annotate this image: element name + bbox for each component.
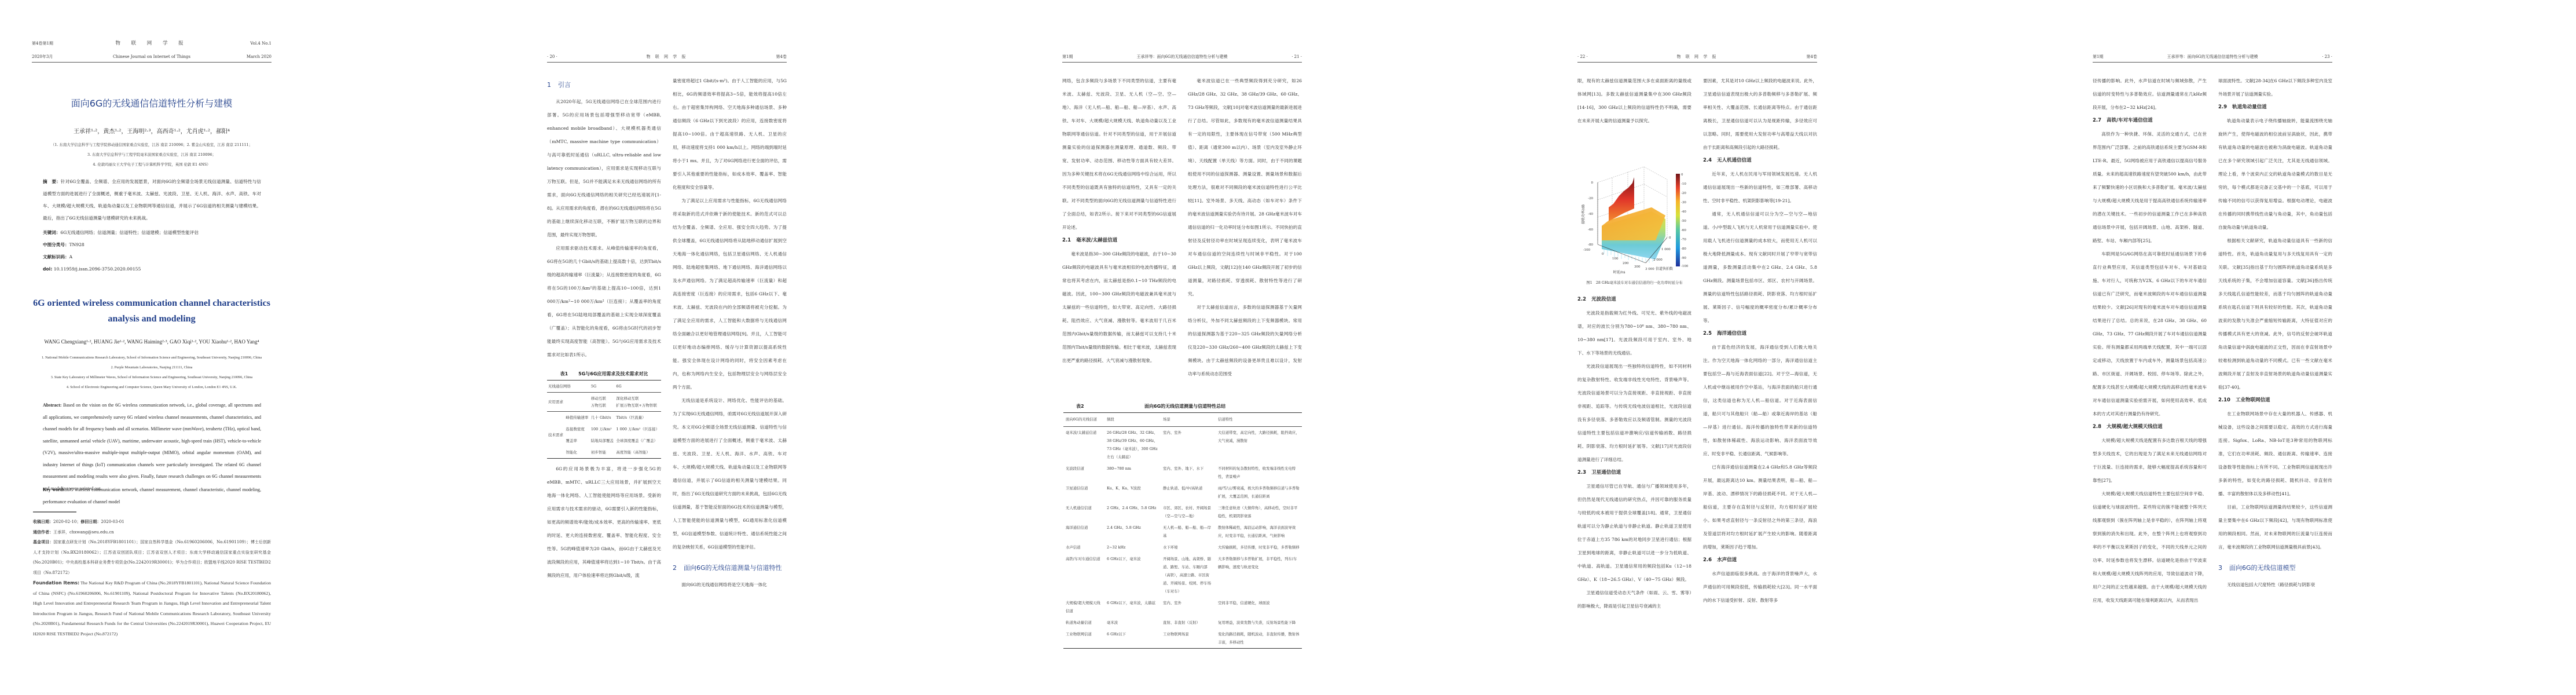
fund-text-en: The National Key R&D Program of China (N…	[33, 580, 271, 637]
received-label: 收稿日期：	[33, 520, 53, 524]
keywords-en: Key words: 6G wireless communication net…	[43, 484, 261, 508]
paragraph: 大规模/超大规模天线信道特性主要包括空间非平稳、信道硬化与球面波特性。某些特定的…	[2093, 487, 2207, 607]
paragraph: 无线信道是系统设计、网络优化、性能评估的基础。为了实现6G无线通信网络，亟需对6…	[673, 394, 787, 554]
running-header: 第1期 王承祥等：面向6G的无线通信信道特性分析与建模 · 23 ·	[2093, 43, 2332, 63]
svg-text:1 000: 1 000	[1661, 248, 1671, 251]
cell: 光波段信道	[1063, 463, 1104, 482]
page-3: 第1期 王承祥等：面向6G的无线通信信道特性分析与建模 · 21 · 网络，包含…	[1030, 0, 1546, 695]
received-value: 2020-02-10	[53, 520, 76, 524]
subsection-title: 轨道角动量信道	[2232, 104, 2267, 110]
cell-line: 深化移动互联	[616, 395, 660, 402]
subsection-title: 大规模/超大规模天线信道	[2107, 424, 2163, 430]
section-title: 面向6G的无线信道模型	[2229, 564, 2296, 572]
svg-text:2 000: 2 000	[1653, 258, 1663, 262]
header-cell: 频段	[1104, 413, 1161, 427]
paragraph: 量密度将超过1 Gbit/(s·m²)。由于人工智能的应用，与5G相比，6G的频…	[673, 74, 787, 194]
table-row: 轨道角动量信道毫米波直射、非直射（反射）复用增益，波束发散与失准，反射场景性能下…	[1063, 617, 1302, 628]
cell: 毫米波	[1104, 617, 1161, 628]
subsection-title: 水声信道	[1717, 557, 1737, 563]
subsection-heading-2-9: 2.9轨道角动量信道	[2218, 101, 2332, 114]
paragraph: 大规模/超大规模天线是配置有多达数百根天线的增强型多天线技术，它的出现是为了满足…	[2093, 434, 2207, 487]
date-en: March 2020	[247, 54, 271, 60]
figure-1: 0 -20 -40 -60 -80 -100 0 100 200 300 0	[1577, 139, 1691, 313]
svg-text:3 000: 3 000	[1645, 268, 1654, 271]
document-spread: 第4卷第1期 物 联 网 学 报 Vol.4 No.1 2020年3月 Chin…	[0, 0, 2576, 695]
table-header-row: 无线通信网络 5G 6G	[547, 381, 661, 393]
authors-en: WANG Chengxiang¹·², HUANG Jie¹·², WANG H…	[32, 339, 271, 345]
fund-label-en: Foundation Items:	[33, 580, 79, 586]
table-1-caption: 表15G与6G应用需求及技术需求对比	[547, 368, 661, 380]
volume: 第4卷	[776, 54, 787, 60]
section-heading-2: 2面向6G的无线信道测量与信道特性	[673, 559, 787, 577]
affiliation-en-4: 4. School of Electronic Engineering and …	[32, 382, 271, 392]
cell: 三维任意轨迹（大俯仰角），高移动性，空时非平稳性，机架阴影衰落	[1216, 502, 1302, 522]
revised-value: 2020-03-01	[101, 520, 124, 524]
cell: 峰值传输速率	[564, 412, 590, 424]
header-cell: 场景	[1161, 413, 1216, 427]
cell: 无人机通信信道	[1063, 502, 1104, 522]
cell: 工业物联网信道	[1063, 628, 1104, 649]
table-row: 应用需求 移动互联万物互联 深化移动互联扩展万物互联+万物智联	[547, 393, 661, 412]
page-5: 第1期 王承祥等：面向6G的无线通信信道特性分析与建模 · 23 · 径传播的影…	[2061, 0, 2576, 695]
fund-label-zh: 基金项目：	[33, 540, 53, 544]
svg-text:-40: -40	[1681, 210, 1686, 214]
cell: 卫星通信信道	[1063, 482, 1104, 502]
corresponding-author: 通信作者：王承祥，chxwang@seu.edu.cn	[33, 528, 271, 538]
table-row: 光波段信道380~780 nm室内、室外、地下、水下不同材料的复杂散射特性，收发…	[1063, 463, 1302, 482]
header-cell: 6G	[615, 381, 661, 393]
subsection-heading-2-3: 2.3卫星通信信道	[1577, 466, 1691, 480]
cell: 工业物联网场景	[1161, 628, 1216, 649]
corresponding-label: 通信作者：	[33, 530, 53, 535]
svg-text:-50: -50	[1681, 220, 1686, 223]
cell: 大信道带宽，高定向性，大路径损耗，阻挡效应，大气衰减，漫散射	[1216, 427, 1302, 463]
clc-label: 中图分类号：	[43, 242, 69, 247]
table-row: 高铁/车对车通信信道6 GHz以下，毫米波开阔场景、山地、高架桥、隧道、路堑、车…	[1063, 553, 1302, 597]
authors-zh: 王承祥¹·²，黄杰¹·²，王海明²·³，高西奇¹·²，尤肖虎¹·²，郝阳⁴	[32, 126, 271, 135]
journal-name: 物 联 网 学 报	[547, 54, 787, 60]
paragraph: 径传播的影响。此外，水声信道在时域与频域弥散，产生信道的时变特性与多普勒效应。信…	[2093, 74, 2207, 114]
svg-text:-40: -40	[1588, 213, 1593, 216]
abstract-text-zh: 针对6G全覆盖、全频谱、全应用的发展愿景，对面向6G的全频谱全场景无线信道测量、…	[43, 179, 261, 221]
table-row: 卫星通信信道Ku、K、Ka、V波段静止轨道、低/中/高轨道雨/雪/云/雾衰减，极…	[1063, 482, 1302, 502]
table-2-caption: 表2面向6G的无线信道测量与信道特性总结	[1063, 401, 1302, 412]
abstract-text-en: Based on the vision on the 6G wireless c…	[43, 403, 261, 491]
svg-text:-20: -20	[1588, 197, 1593, 200]
paragraph: 由于蓝色经济的发展，海洋通信受到人们极大地关注。作为空天地海一体化网络的一部分，…	[1703, 341, 1817, 460]
paragraph: 从2020年起，5G无线通信网络已在全球范围内进行部署。5G的应用场景包括增强型…	[547, 95, 661, 242]
paragraph: 已有海洋通信信道测量在2.4 GHz和5.8 GHz等频段开展，最远距离达10 …	[1703, 460, 1817, 554]
cell: 深化移动互联扩展万物互联+万物智联	[615, 393, 661, 412]
header-cell: 信道特性	[1216, 413, 1302, 427]
subsection-heading-2-5: 2.5海洋通信信道	[1703, 327, 1817, 341]
section-number: 3	[2218, 564, 2222, 572]
cell: 无人机—船、船—船、船—岸基	[1161, 522, 1216, 542]
cell: 直射、非直射（反射）	[1161, 617, 1216, 628]
svg-text:0: 0	[1591, 181, 1594, 185]
subsection-heading-2-7: 2.7高铁/车对车通信信道	[2093, 114, 2207, 127]
svg-text:0: 0	[1669, 236, 1671, 240]
cell: 轨道角动量信道	[1063, 617, 1104, 628]
subsection-heading-2-10: 2.10工业物联网信道	[2218, 394, 2332, 407]
paragraph: 目前，工业物联网信道测量的结果较少，这些信道测量主要集中在6 GHz以下频段[4…	[2218, 500, 2332, 554]
cell: 不同材料的复杂散射特性，收发端非线性光电特性，背景噪声	[1216, 463, 1302, 482]
running-header: · 22 · 物 联 网 学 报 第4卷	[1577, 43, 1817, 63]
paragraph: 根据相关文献研究，轨道角动量信道具有一些新的信道特性。首先，轨道角动量复用与多天…	[2218, 234, 2332, 394]
paragraph: 近年来，无人机在民用与军用领域发展迅速。无人机通信信道展现出一些新的信道特性，如…	[1703, 167, 1817, 207]
cell: 覆盖率	[564, 435, 590, 447]
footnote-divider	[33, 511, 76, 513]
table-number: 表1	[560, 371, 568, 376]
keywords-zh: 关键词：6G无线通信网络；信道测量；信道特性；信道建模；信道模型性能评估	[43, 226, 261, 239]
right-column: 毫米波信道已在一些典型频段得到充分研究，如26 GHz/28 GHz、32 GH…	[1188, 74, 1302, 381]
page-number: · 21 ·	[1291, 54, 1302, 60]
paragraph: 毫米波信道已在一些典型频段得到充分研究，如26 GHz/28 GHz、32 GH…	[1188, 74, 1302, 301]
affiliation-zh-2: 3. 东南大学信息科学与工程学院毫米波国家重点实验室，江苏 南京 210096；	[32, 150, 271, 160]
paragraph: 光波段是指载频为红外线、可见光、紫外线的电磁波谱，对应的波长分别为780~10⁶…	[1577, 306, 1691, 360]
cell: 智能化	[564, 447, 590, 459]
colorbar-ticks: 0-10-20 -30-40-50 -60-70-80 -90-100	[1681, 173, 1689, 268]
journal-name-en: Chinese Journal on Internet of Things	[32, 54, 271, 60]
running-title: 王承祥等：面向6G的无线通信信道特性分析与建模	[2093, 54, 2332, 60]
svg-text:-70: -70	[1681, 238, 1686, 242]
svg-text:100: 100	[1612, 257, 1619, 261]
colorbar	[1676, 174, 1680, 266]
cell: 移动互联万物互联	[590, 393, 615, 412]
keywords-label-zh: 关键词：	[43, 230, 60, 235]
cell: 2.4 GHz、5.8 GHz	[1104, 522, 1161, 542]
abstract-zh: 摘 要：针对6G全覆盖、全频谱、全应用的发展愿景，对面向6G的全频谱全场景无线信…	[43, 175, 261, 224]
cell: 1 000 万/km²（巨连接）	[615, 423, 661, 435]
subsection-number: 2.5	[1703, 331, 1712, 336]
left-column: 网络，包含多频段与多场景下不同类型的信道，主要有毫米波、太赫兹、光波段、卫星、无…	[1062, 74, 1176, 381]
received-dates: 收稿日期：2020-02-10；修回日期：2020-03-01	[33, 517, 271, 528]
right-column: 球面波特性。文献[28-34]在6 GHz以下频段多种室内及室外场景开展了信道测…	[2218, 74, 2332, 607]
cell: Ku、K、Ka、V波段	[1104, 482, 1161, 502]
fund-en: Foundation Items: The National Key R&D P…	[33, 578, 271, 639]
paragraph: 卫星通信尽管已在导航、通信与广播领域使用多年，但仍然是现代无线通信的研究热点，并…	[1577, 480, 1691, 586]
revised-label: 修回日期：	[80, 520, 101, 524]
cell: 复用增益，波束发散与失准，反射场景性能下降	[1216, 617, 1302, 628]
running-header: 第1期 王承祥等：面向6G的无线通信信道特性分析与建模 · 21 ·	[1062, 43, 1302, 63]
cell: 6 GHz以下，毫米波	[1104, 553, 1161, 597]
paragraph: 面向6G的无线通信网络将是空天地海一体化	[673, 578, 787, 591]
paragraph: 卫星通信信道受动态天气条件（如雨、云、雪、雾等）的影响极大，降雨是引起卫星信号衰…	[1577, 586, 1691, 613]
page-2: · 20 · 物 联 网 学 报 第4卷 1引言 从2020年起，5G无线通信网…	[515, 0, 1030, 695]
cell: 陆地局部覆盖	[590, 435, 615, 447]
left-column: 限，现有的太赫兹信道测量范围大多在桌面距离的量级或体域网[13]。多数太赫兹信道…	[1577, 74, 1691, 613]
table-row: 覆盖率 陆地局部覆盖 全球深度覆盖（广覆盖）	[547, 435, 661, 447]
svg-text:-60: -60	[1681, 229, 1686, 232]
keywords-text-zh: 6G无线通信网络；信道测量；信道特性；信道建模；信道模型性能评估	[60, 230, 199, 235]
cell: 100 万/km²	[590, 423, 615, 435]
cell: 水下环境	[1161, 542, 1216, 553]
fund-zh: 基金项目：国家重点研发计划（No.2018YFB1801101）；国家自然科学基…	[33, 537, 271, 578]
subsection-number: 2.6	[1703, 557, 1712, 563]
cell: 2~32 kHz	[1104, 542, 1161, 553]
svg-text:-80: -80	[1588, 243, 1593, 247]
table-row: 连接数密度 100 万/km² 1 000 万/km²（巨连接）	[547, 423, 661, 435]
svg-text:-30: -30	[1681, 201, 1686, 204]
svg-text:0: 0	[1602, 253, 1604, 256]
section-heading-1: 1引言	[547, 76, 661, 94]
affiliation-zh-3: 4. 伦敦玛丽女王大学电子工程与计算机科学学院，英国 伦敦 E1 4NS）	[32, 160, 271, 170]
doc-code-value: A	[69, 254, 72, 259]
cell: 几十 Gbit/s	[590, 412, 615, 424]
table-row: 海洋通信信道2.4 GHz、5.8 GHz无人机—船、船—船、船—岸基散射体稀疏…	[1063, 522, 1302, 542]
cell: 大多普勒频移与多普勒扩展，非平稳性，列车/车辆影响，速度与轨迹变化	[1216, 553, 1302, 597]
cell: 大规模/超大规模天线信道	[1063, 597, 1104, 617]
paragraph: 球面波特性。文献[28-34]在6 GHz以下频段多种室内及室外场景开展了信道测…	[2218, 74, 2332, 101]
svg-text:300: 300	[1634, 265, 1641, 269]
abstract-label-en: Abstract:	[43, 403, 61, 408]
footnotes: 收稿日期：2020-02-10；修回日期：2020-03-01 通信作者：王承祥…	[33, 517, 271, 639]
section-heading-3: 3面向6G的无线信道模型	[2218, 559, 2332, 577]
subsection-number: 2.4	[1703, 158, 1712, 163]
subsection-number: 2.10	[2218, 397, 2230, 403]
cell: 2 GHz、2.4 GHz、5.8 GHz	[1104, 502, 1161, 522]
right-column: 要因素，尤其是对10 GHz以上频段的电磁波来说。此外，卫星通信信道表现出极大的…	[1703, 74, 1817, 613]
left-column: 1引言 从2020年起，5G无线通信网络已在全球范围内进行部署。5G的应用场景包…	[547, 74, 661, 591]
subsection-title: 海洋通信信道	[1717, 331, 1746, 336]
table-row: 工业物联网信道6 GHz以下工业物联网场景变化的路径损耗，随机波动，非直射传播，…	[1063, 628, 1302, 649]
subsection-heading-2-1: 2.1毫米波/太赫兹信道	[1062, 234, 1176, 247]
cell: 全球深度覆盖（广覆盖）	[615, 435, 661, 447]
paragraph: 限，现有的太赫兹信道测量范围大多在桌面距离的量级或体域网[13]。多数太赫兹信道…	[1577, 74, 1691, 127]
affiliation-en-1: 1. National Mobile Communications Resear…	[32, 353, 271, 363]
table-row: 水声信道2~32 kHz水下环境大传输损耗，多径传播，时变非平稳，多普勒频移	[1063, 542, 1302, 553]
paragraph: 无线信道包括大尺度特性（路径损耗与阴影衰	[2218, 578, 2332, 591]
paragraph: 毫米波是指30~300 GHz频段的电磁波，由于10~30 GHz频段的电磁波具…	[1062, 247, 1176, 367]
svg-text:0: 0	[1681, 173, 1683, 177]
table-row: 智能化 初步智能 高度智能（高智能）	[547, 447, 661, 459]
svg-text:-100: -100	[1681, 265, 1689, 268]
cell: 26 GHz/28 GHz、32 GHz、38 GHz/39 GHz、60 GH…	[1104, 427, 1161, 463]
surface-plot: 0 -20 -40 -60 -80 -100 0 100 200 300 0	[1577, 139, 1691, 313]
cell: 6 GHz以下，毫米波，太赫兹	[1104, 597, 1161, 617]
svg-text:-60: -60	[1588, 228, 1593, 232]
subsection-title: 无人机通信信道	[1717, 158, 1752, 163]
table-1: 无线通信网络 5G 6G 应用需求 移动互联万物互联 深化移动互联扩展万物互联+…	[547, 380, 661, 459]
cell: 连接数密度	[564, 423, 590, 435]
cell: 水声信道	[1063, 542, 1104, 553]
subsection-title: 毫米波/太赫兹信道	[1076, 237, 1117, 243]
svg-text:-100: -100	[1583, 248, 1591, 252]
abstract-label-zh: 摘 要：	[43, 179, 61, 184]
cell: 高度智能（高智能）	[615, 447, 661, 459]
paragraph: 通常，无人机通信信道可以分为空—空与空—地信道。小/中型载人飞机与无人机常用于信…	[1703, 207, 1817, 327]
keywords-label-en: Key words:	[43, 487, 66, 492]
subsection-number: 2.9	[2218, 104, 2227, 110]
cell: 室内、室外	[1161, 597, 1216, 617]
cell: 毫米波/太赫兹信道	[1063, 427, 1104, 463]
page-4: · 22 · 物 联 网 学 报 第4卷 限，现有的太赫兹信道测量范围大多在桌面…	[1546, 0, 2061, 695]
subsection-heading-2-8: 2.8大规模/超大规模天线信道	[2093, 420, 2207, 434]
header-cell: 无线通信网络	[547, 381, 590, 393]
volume: 第4卷	[1807, 54, 1817, 60]
header-cell: 面向6G的无线信道	[1063, 413, 1104, 427]
section-number: 1	[547, 81, 551, 89]
cell: 变化的路径损耗，随机波动，非直射传播，散射体丰富，多移动性	[1216, 628, 1302, 649]
doi: doi: 10.11959/j.issn.2096-3750.2020.0015…	[43, 263, 261, 275]
paragraph: 要因素，尤其是对10 GHz以上频段的电磁波来说。此外，卫星通信信道表现出极大的…	[1703, 74, 1817, 154]
table-row: 技术需求 峰值传输速率 几十 Gbit/s Tbit/s（巨流量）	[547, 412, 661, 424]
cell: 室内、室外、地下、水下	[1161, 463, 1216, 482]
paragraph: 对于太赫兹信道而言，多数的信道探测器基于矢量网络分析仪，外加不同太赫兹频段的上下…	[1188, 301, 1302, 381]
table-number: 表2	[1063, 401, 1127, 412]
table-row: 大规模/超大规模天线信道6 GHz以下，毫米波，太赫兹室内、室外空间非平稳，信道…	[1063, 597, 1302, 617]
cell: 380~780 nm	[1104, 463, 1161, 482]
cell: 静止轨道、低/中/高轨道	[1161, 482, 1216, 502]
row-label: 技术需求	[547, 412, 564, 459]
subsection-title: 工业物联网信道	[2236, 397, 2270, 403]
cell: 高铁/车对车通信信道	[1063, 553, 1104, 597]
paragraph: 为了满足以上应用需求与性能指标，6G无线通信网络将采取新的范式并依赖于新的使能技…	[673, 194, 787, 394]
y-axis-label: 信道快拍数	[1656, 266, 1673, 271]
subsection-number: 2.8	[2093, 424, 2101, 430]
cell: 市区、郊区、农村、开阔场景（空—空与空—地）	[1161, 502, 1216, 522]
paragraph: 水声信道面临很多挑战。由于海洋的背景噪声大，水声通信的可用频段很低，传输损耗较大…	[1703, 567, 1817, 607]
section-number: 2	[673, 564, 677, 572]
running-header: 第4卷第1期 物 联 网 学 报 Vol.4 No.1 2020年3月 Chin…	[32, 38, 271, 63]
running-header: · 20 · 物 联 网 学 报 第4卷	[547, 43, 787, 63]
cell: 6 GHz以下	[1104, 628, 1161, 649]
svg-text:200: 200	[1623, 262, 1629, 265]
cell-line: 移动互联	[591, 395, 614, 402]
subsection-title: 卫星通信信道	[1591, 470, 1621, 475]
paragraph: 网络，包含多频段与多场景下不同类型的信道，主要有毫米波、太赫兹、光波段、卫星、无…	[1062, 74, 1176, 234]
journal-name-zh: 物 联 网 学 报	[32, 41, 271, 46]
abstract-en: Abstract: Based on the vision on the 6G …	[43, 400, 261, 495]
paragraph: 光波段信道展现出一些独特的信道特性，如不同材料的复杂散射特性、收发端非线性光电特…	[1577, 360, 1691, 466]
cell: 开阔场景、山地、高架桥、隧道、路堑、车站、车厢内部（高铁），高速公路、市区街道、…	[1161, 553, 1216, 597]
cell: 海洋通信信道	[1063, 522, 1104, 542]
paragraph: 车联网是5G/6G网络在高可靠低时延通信场景下的垂直行业典型应用，其信道类型包括…	[2093, 247, 2207, 420]
subsection-heading-2-4: 2.4无人机通信信道	[1703, 154, 1817, 167]
subsection-number: 2.7	[2093, 118, 2101, 123]
journal-name: 物 联 网 学 报	[1577, 54, 1817, 60]
cell-line: 扩展万物互联+万物智联	[616, 402, 660, 409]
table-title: 面向6G的无线信道测量与信道特性总结	[1127, 401, 1302, 412]
header-cell: 5G	[590, 381, 615, 393]
volume-en: Vol.4 No.1	[250, 41, 271, 46]
left-column: 径传播的影响。此外，水声信道在时域与频域弥散，产生信道的时变特性与多普勒效应。信…	[2093, 74, 2207, 607]
affiliation-en-3: 3. State Key Laboratory of Millimeter Wa…	[32, 372, 271, 382]
right-column: 量密度将超过1 Gbit/(s·m²)。由于人工智能的应用，与5G相比，6G的频…	[673, 74, 787, 591]
running-title: 王承祥等：面向6G的无线通信信道特性分析与建模	[1062, 54, 1302, 60]
section-title: 引言	[558, 81, 571, 89]
table-2-container: 表2面向6G的无线信道测量与信道特性总结 面向6G的无线信道 频段 场景 信道特…	[1063, 401, 1302, 649]
table-row: 毫米波/太赫兹信道26 GHz/28 GHz、32 GHz、38 GHz/39 …	[1063, 427, 1302, 463]
svg-text:-20: -20	[1681, 192, 1686, 195]
subsection-heading-2-6: 2.6水声信道	[1703, 554, 1817, 567]
page-1: 第4卷第1期 物 联 网 学 报 Vol.4 No.1 2020年3月 Chin…	[0, 0, 515, 695]
svg-text:-80: -80	[1681, 247, 1686, 251]
svg-text:-90: -90	[1681, 257, 1686, 260]
table-2: 面向6G的无线信道 频段 场景 信道特性 毫米波/太赫兹信道26 GHz/28 …	[1063, 412, 1302, 649]
cell: 雨/雪/云/雾衰减，极大的多普勒频移信道与多普勒扩展，大覆盖范围，长通信距离	[1216, 482, 1302, 502]
cell: 初步智能	[590, 447, 615, 459]
cell: 大传输损耗，多径传播，时变非平稳，多普勒频移	[1216, 542, 1302, 553]
z-axis-label: 接收功率/dB	[1581, 204, 1586, 224]
article-title-en: 6G oriented wireless communication chann…	[32, 295, 271, 327]
cell-line: 万物互联	[591, 402, 614, 409]
paragraph: 6G的应用场景极为丰富，将进一步强化5G的eMBB、mMTC、uRLLC三大应用…	[547, 462, 661, 582]
doi-value[interactable]: 10.11959/j.issn.2096-3750.2020.00155	[54, 266, 141, 272]
table-header-row: 面向6G的无线信道 频段 场景 信道特性	[1063, 413, 1302, 427]
keywords-text-en: 6G wireless communication network, chann…	[43, 487, 261, 504]
affiliation-zh-1: （1. 东南大学信息科学与工程学院移动通信国家重点实验室，江苏 南京 21009…	[32, 140, 271, 150]
affiliation-en-2: 2. Purple Mountain Laboratories, Nanjing…	[32, 363, 271, 372]
svg-text:-10: -10	[1681, 182, 1686, 186]
paragraph: 应用需求驱动技术需求。从峰值传输速率的角度看，6G将在5G的几十Gbit/s的基…	[547, 242, 661, 361]
doi-label: doi:	[43, 266, 52, 272]
article-title-zh: 面向6G的无线通信信道特性分析与建模	[32, 96, 271, 109]
page-number: · 23 ·	[2322, 54, 2332, 60]
paragraph: 在工业物联网场景中存在大量的机器人、传感器、机械设备，这些设备之间需要以稳定、高…	[2218, 407, 2332, 500]
row-label: 应用需求	[547, 393, 590, 412]
paragraph: 高铁作为一种快捷、环保、灵活的交通方式，已在世界范围内广泛部署。之前的高铁通信系…	[2093, 127, 2207, 247]
clc-value: TN928	[69, 242, 85, 247]
cell: Tbit/s（巨流量）	[615, 412, 661, 424]
cell: 空间非平稳，信道硬化，球面波	[1216, 597, 1302, 617]
x-axis-label: 时延/ns	[1613, 270, 1625, 275]
subsection-number: 2.3	[1577, 470, 1586, 475]
document-code: 文献标识码：A	[43, 251, 261, 263]
table-row: 无人机通信信道2 GHz、2.4 GHz、5.8 GHz市区、郊区、农村、开阔场…	[1063, 502, 1302, 522]
subsection-number: 2.1	[1062, 237, 1071, 243]
paragraph: 轨道角动量表示电子绕传播轴旋转，能量流围绕光轴旋转产生，使得电磁波的相位波前呈涡…	[2218, 114, 2332, 234]
cell: 室内、室外	[1161, 427, 1216, 463]
doc-code-label: 文献标识码：	[43, 254, 69, 259]
clc-number: 中图分类号：TN928	[43, 239, 261, 251]
fund-text-zh: 国家重点研发计划（No.2018YFB1801101）；国家自然科学基金（No.…	[33, 540, 271, 575]
cell: 散射体稀疏性，海浪运动影响，海洋表面波导效应，时变非平稳，长通信距离，气候影响	[1216, 522, 1302, 542]
section-title: 面向6G的无线信道测量与信道特性	[684, 564, 782, 572]
subsection-title: 高铁/车对车通信信道	[2107, 118, 2153, 123]
table-title: 5G与6G应用需求及技术需求对比	[578, 371, 648, 376]
corresponding-value: 王承祥，chxwang@seu.edu.cn	[53, 530, 114, 535]
